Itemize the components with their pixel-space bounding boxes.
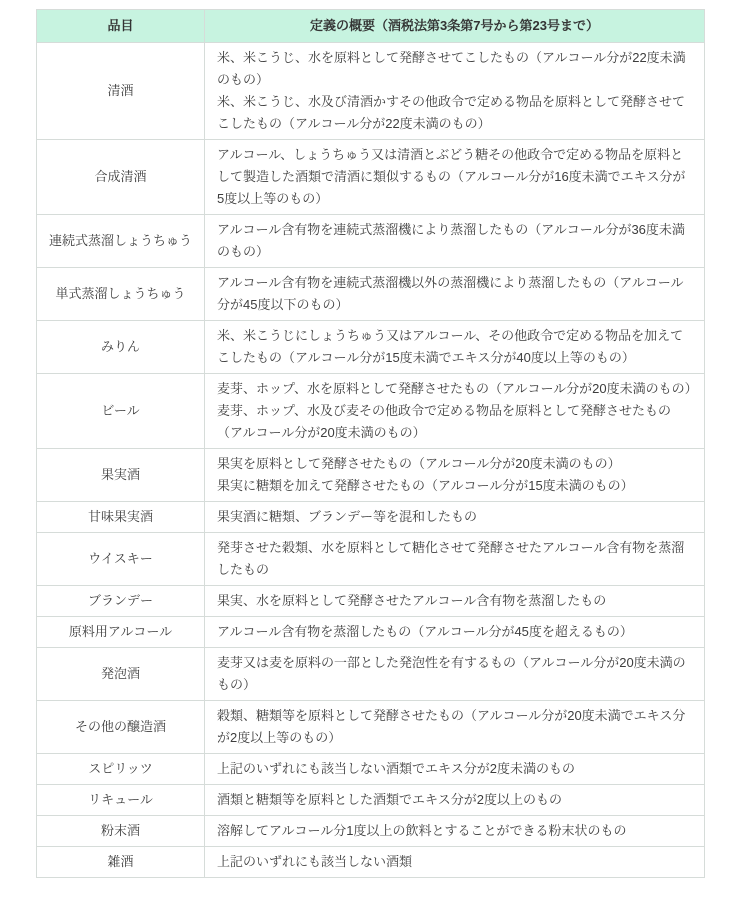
item-name-cell: 雑酒 — [37, 847, 205, 878]
item-name-cell: 甘味果実酒 — [37, 502, 205, 533]
item-name-cell: 原料用アルコール — [37, 617, 205, 648]
item-name-cell: リキュール — [37, 785, 205, 816]
item-name-cell: ビール — [37, 374, 205, 449]
definition-cell: 発芽させた穀類、水を原料として糖化させて発酵させたアルコール含有物を蒸溜したもの — [205, 533, 705, 586]
definition-cell: 酒類と糖類等を原料とした酒類でエキス分が2度以上のもの — [205, 785, 705, 816]
page: 品目 定義の概要（酒税法第3条第7号から第23号まで） 清酒 米、米こうじ、水を… — [0, 0, 740, 908]
item-name-cell: 単式蒸溜しょうちゅう — [37, 268, 205, 321]
table-row: 単式蒸溜しょうちゅう アルコール含有物を連続式蒸溜機以外の蒸溜機により蒸溜したも… — [37, 268, 705, 321]
definition-cell: 上記のいずれにも該当しない酒類でエキス分が2度未満のもの — [205, 754, 705, 785]
definition-cell: 上記のいずれにも該当しない酒類 — [205, 847, 705, 878]
definition-line: 麦芽又は麦を原料の一部とした発泡性を有するもの（アルコール分が20度未満のもの） — [217, 652, 692, 696]
item-name-cell: ブランデー — [37, 586, 205, 617]
table-row: みりん 米、米こうじにしょうちゅう又はアルコール、その他政令で定める物品を加えて… — [37, 321, 705, 374]
definition-line: 果実を原料として発酵させたもの（アルコール分が20度未満のもの） — [217, 453, 692, 475]
definition-line: 上記のいずれにも該当しない酒類 — [217, 851, 692, 873]
definition-line: 果実に糖類を加えて発酵させたもの（アルコール分が15度未満のもの） — [217, 475, 692, 497]
item-name-cell: その他の醸造酒 — [37, 701, 205, 754]
table-row: ウイスキー 発芽させた穀類、水を原料として糖化させて発酵させたアルコール含有物を… — [37, 533, 705, 586]
table-row: 清酒 米、米こうじ、水を原料として発酵させてこしたもの（アルコール分が22度未満… — [37, 43, 705, 140]
definition-line: アルコール含有物を蒸溜したもの（アルコール分が45度を超えるもの） — [217, 621, 692, 643]
definition-cell: 麦芽又は麦を原料の一部とした発泡性を有するもの（アルコール分が20度未満のもの） — [205, 648, 705, 701]
definition-line: 果実酒に糖類、ブランデー等を混和したもの — [217, 506, 692, 528]
table-row: ブランデー 果実、水を原料として発酵させたアルコール含有物を蒸溜したもの — [37, 586, 705, 617]
item-name-cell: 粉末酒 — [37, 816, 205, 847]
table-row: 甘味果実酒 果実酒に糖類、ブランデー等を混和したもの — [37, 502, 705, 533]
table-row: その他の醸造酒 穀類、糖類等を原料として発酵させたもの（アルコール分が20度未満… — [37, 701, 705, 754]
definition-line: 上記のいずれにも該当しない酒類でエキス分が2度未満のもの — [217, 758, 692, 780]
item-name-cell: 清酒 — [37, 43, 205, 140]
definition-cell: アルコール含有物を連続式蒸溜機以外の蒸溜機により蒸溜したもの（アルコール分が45… — [205, 268, 705, 321]
definition-cell: 果実酒に糖類、ブランデー等を混和したもの — [205, 502, 705, 533]
table-row: 発泡酒 麦芽又は麦を原料の一部とした発泡性を有するもの（アルコール分が20度未満… — [37, 648, 705, 701]
table-row: リキュール 酒類と糖類等を原料とした酒類でエキス分が2度以上のもの — [37, 785, 705, 816]
definition-line: 溶解してアルコール分1度以上の飲料とすることができる粉末状のもの — [217, 820, 692, 842]
item-name-cell: ウイスキー — [37, 533, 205, 586]
definition-line: アルコール含有物を連続式蒸溜機により蒸溜したもの（アルコール分が36度未満のもの… — [217, 219, 692, 263]
table-row: 果実酒 果実を原料として発酵させたもの（アルコール分が20度未満のもの）果実に糖… — [37, 449, 705, 502]
table-row: 連続式蒸溜しょうちゅう アルコール含有物を連続式蒸溜機により蒸溜したもの（アルコ… — [37, 215, 705, 268]
header-definition-column: 定義の概要（酒税法第3条第7号から第23号まで） — [205, 10, 705, 43]
alcohol-definition-table: 品目 定義の概要（酒税法第3条第7号から第23号まで） 清酒 米、米こうじ、水を… — [36, 9, 705, 878]
item-name-cell: 発泡酒 — [37, 648, 205, 701]
definition-cell: 果実を原料として発酵させたもの（アルコール分が20度未満のもの）果実に糖類を加え… — [205, 449, 705, 502]
definition-line: 米、米こうじ、水及び清酒かすその他政令で定める物品を原料として発酵させてこしたも… — [217, 91, 692, 135]
table-row: 雑酒 上記のいずれにも該当しない酒類 — [37, 847, 705, 878]
header-item-column: 品目 — [37, 10, 205, 43]
definition-line: 麦芽、ホップ、水及び麦その他政令で定める物品を原料として発酵させたもの（アルコー… — [217, 400, 692, 444]
table-row: 原料用アルコール アルコール含有物を蒸溜したもの（アルコール分が45度を超えるも… — [37, 617, 705, 648]
header-row: 品目 定義の概要（酒税法第3条第7号から第23号まで） — [37, 10, 705, 43]
definition-line: 発芽させた穀類、水を原料として糖化させて発酵させたアルコール含有物を蒸溜したもの — [217, 537, 692, 581]
item-name-cell: 合成清酒 — [37, 140, 205, 215]
definition-line: アルコール、しょうちゅう又は清酒とぶどう糖その他政令で定める物品を原料として製造… — [217, 144, 692, 210]
definition-cell: 麦芽、ホップ、水を原料として発酵させたもの（アルコール分が20度未満のもの）麦芽… — [205, 374, 705, 449]
definition-cell: アルコール含有物を蒸溜したもの（アルコール分が45度を超えるもの） — [205, 617, 705, 648]
definition-line: 米、米こうじにしょうちゅう又はアルコール、その他政令で定める物品を加えてこしたも… — [217, 325, 692, 369]
definition-cell: アルコール、しょうちゅう又は清酒とぶどう糖その他政令で定める物品を原料として製造… — [205, 140, 705, 215]
definition-cell: 果実、水を原料として発酵させたアルコール含有物を蒸溜したもの — [205, 586, 705, 617]
table-row: 粉末酒 溶解してアルコール分1度以上の飲料とすることができる粉末状のもの — [37, 816, 705, 847]
definition-line: 米、米こうじ、水を原料として発酵させてこしたもの（アルコール分が22度未満のもの… — [217, 47, 692, 91]
table-row: 合成清酒 アルコール、しょうちゅう又は清酒とぶどう糖その他政令で定める物品を原料… — [37, 140, 705, 215]
definition-cell: 米、米こうじ、水を原料として発酵させてこしたもの（アルコール分が22度未満のもの… — [205, 43, 705, 140]
definition-line: アルコール含有物を連続式蒸溜機以外の蒸溜機により蒸溜したもの（アルコール分が45… — [217, 272, 692, 316]
definition-line: 酒類と糖類等を原料とした酒類でエキス分が2度以上のもの — [217, 789, 692, 811]
definition-cell: 米、米こうじにしょうちゅう又はアルコール、その他政令で定める物品を加えてこしたも… — [205, 321, 705, 374]
table-row: スピリッツ 上記のいずれにも該当しない酒類でエキス分が2度未満のもの — [37, 754, 705, 785]
definition-line: 穀類、糖類等を原料として発酵させたもの（アルコール分が20度未満でエキス分が2度… — [217, 705, 692, 749]
item-name-cell: みりん — [37, 321, 205, 374]
definition-line: 果実、水を原料として発酵させたアルコール含有物を蒸溜したもの — [217, 590, 692, 612]
definition-cell: 穀類、糖類等を原料として発酵させたもの（アルコール分が20度未満でエキス分が2度… — [205, 701, 705, 754]
table-row: ビール 麦芽、ホップ、水を原料として発酵させたもの（アルコール分が20度未満のも… — [37, 374, 705, 449]
item-name-cell: 果実酒 — [37, 449, 205, 502]
definition-cell: 溶解してアルコール分1度以上の飲料とすることができる粉末状のもの — [205, 816, 705, 847]
item-name-cell: 連続式蒸溜しょうちゅう — [37, 215, 205, 268]
item-name-cell: スピリッツ — [37, 754, 205, 785]
table-body: 清酒 米、米こうじ、水を原料として発酵させてこしたもの（アルコール分が22度未満… — [37, 43, 705, 878]
definition-cell: アルコール含有物を連続式蒸溜機により蒸溜したもの（アルコール分が36度未満のもの… — [205, 215, 705, 268]
definition-line: 麦芽、ホップ、水を原料として発酵させたもの（アルコール分が20度未満のもの） — [217, 378, 692, 400]
